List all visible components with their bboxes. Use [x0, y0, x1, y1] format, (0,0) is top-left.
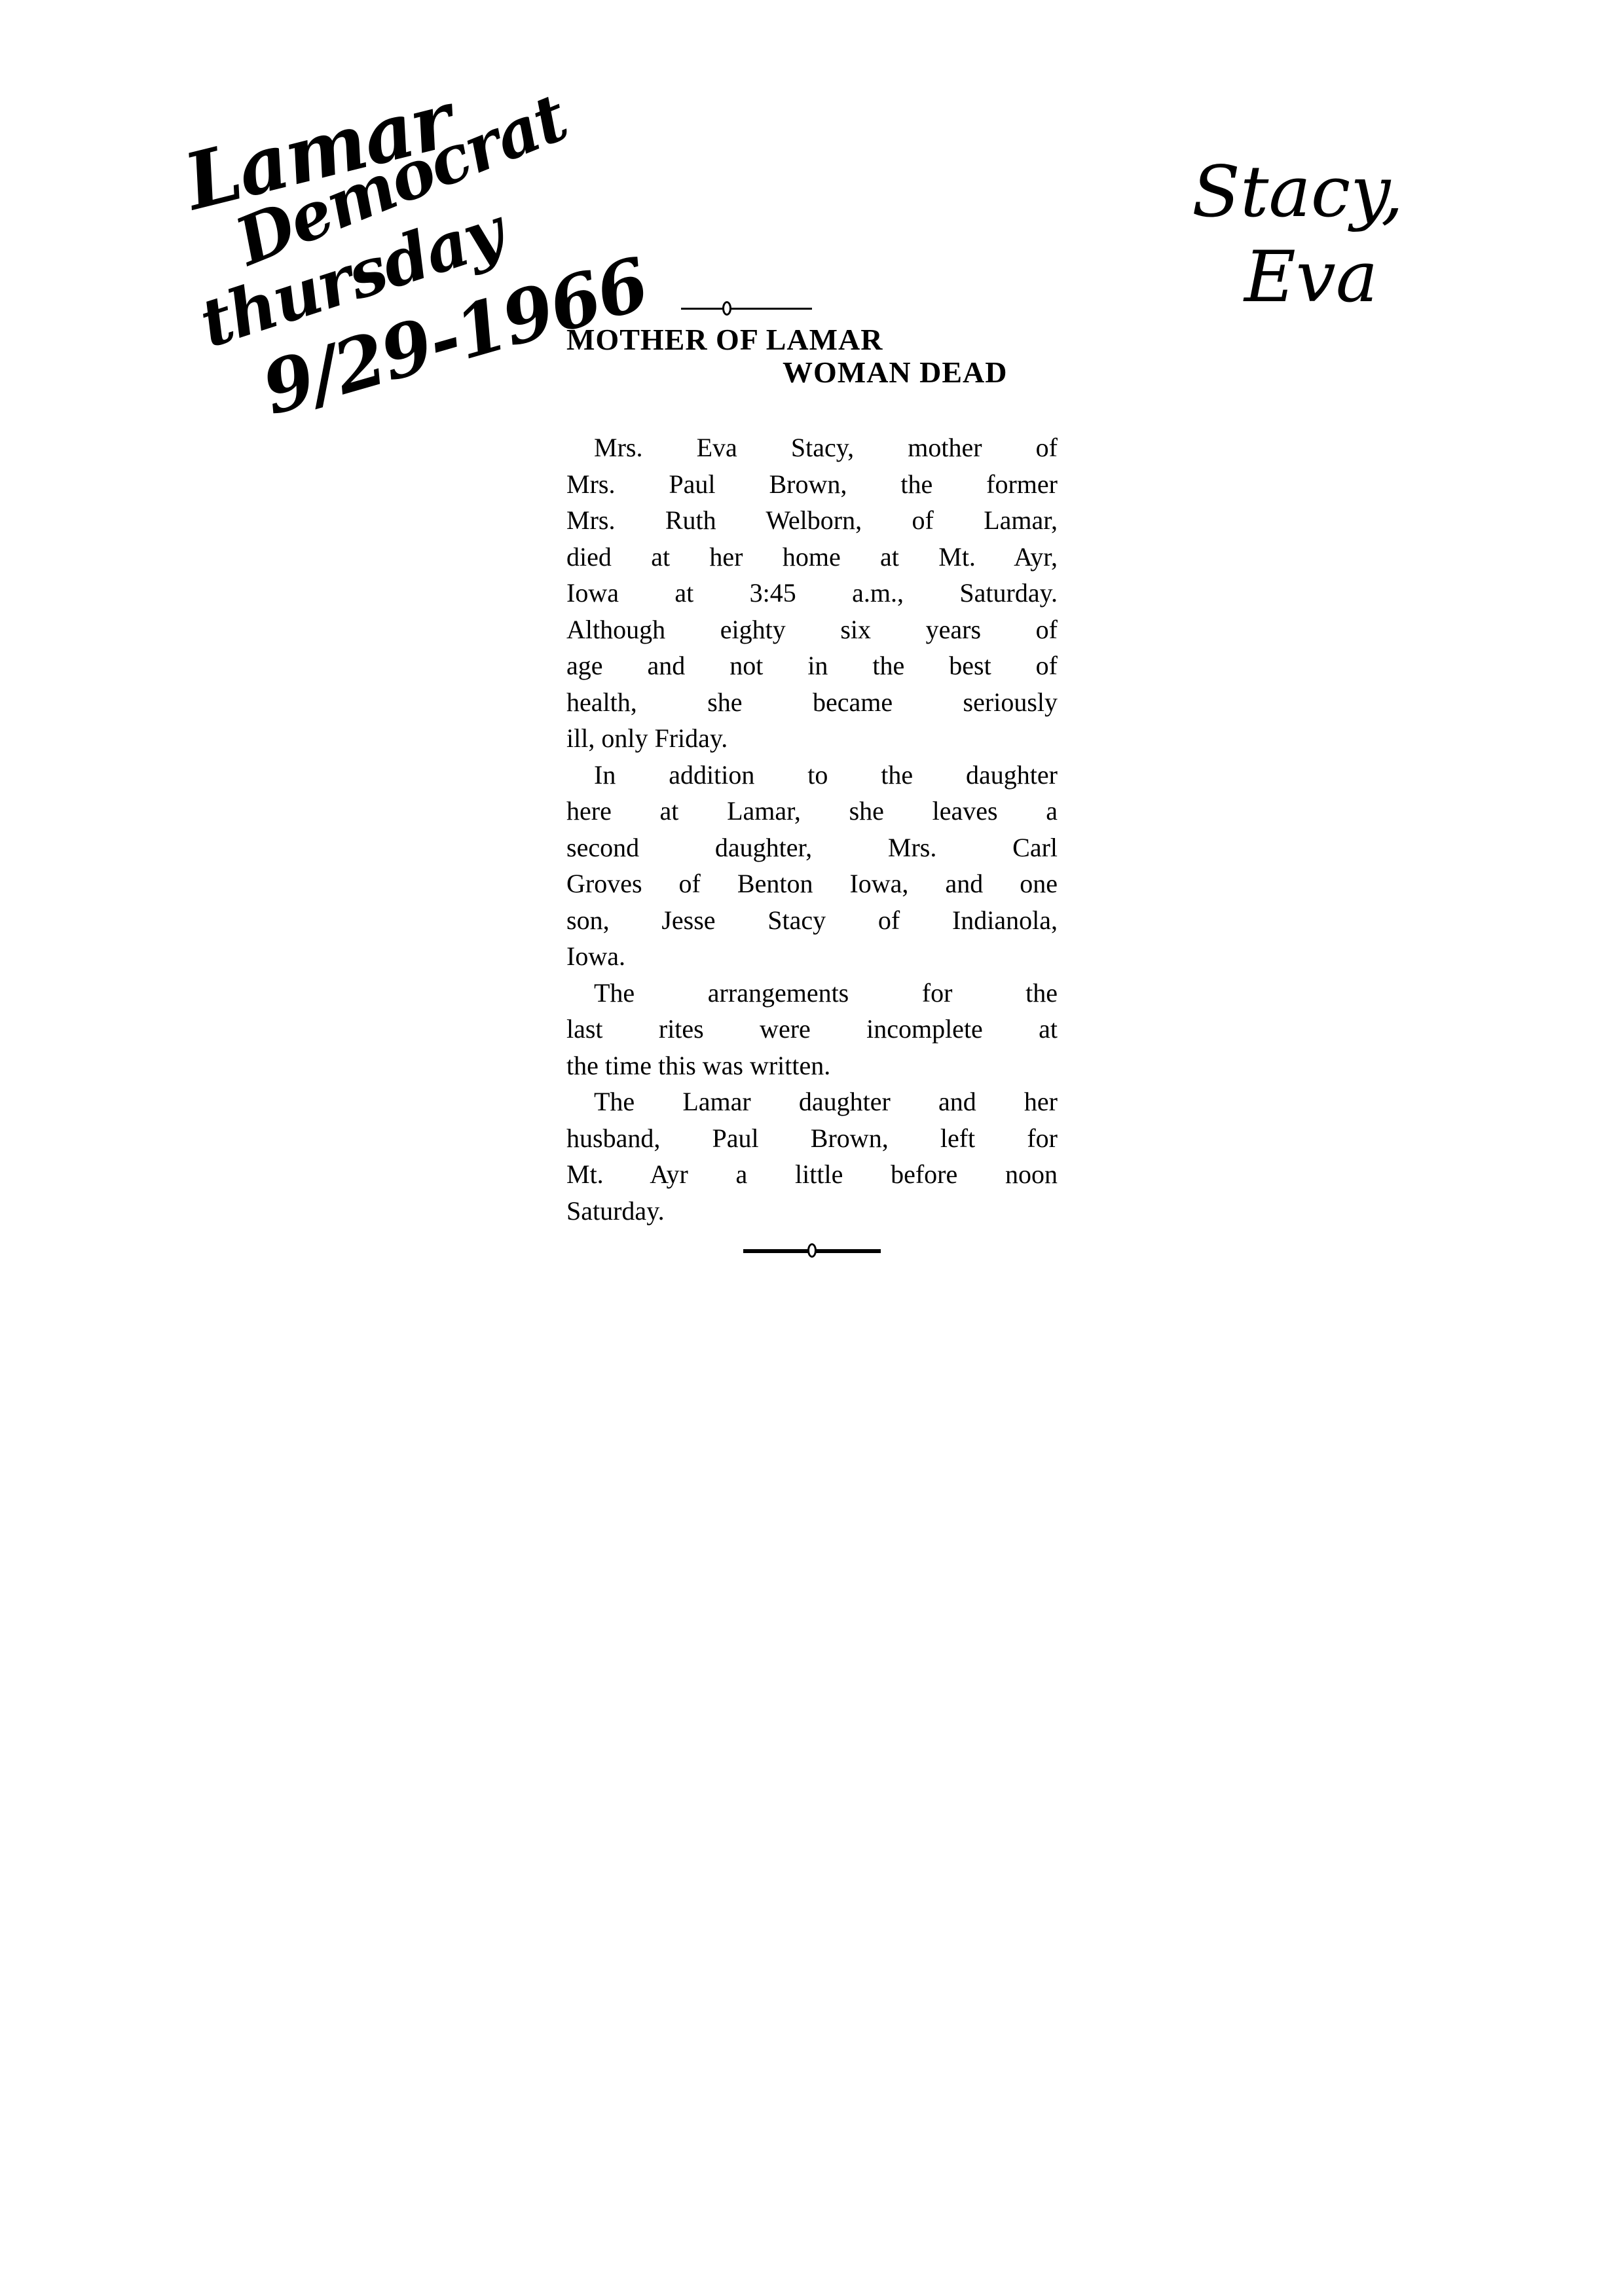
text-line: second daughter, Mrs. Carl: [566, 829, 1058, 866]
text-line: Mt. Ayr a little before noon: [566, 1156, 1058, 1193]
text-line: age and not in the best of: [566, 647, 1058, 684]
text-line: here at Lamar, she leaves a: [566, 793, 1058, 829]
text-line: Mrs. Ruth Welborn, of Lamar,: [566, 502, 1058, 539]
paragraph-4: The Lamar daughter and her husband, Paul…: [566, 1084, 1058, 1229]
bottom-ornamental-rule: [566, 1243, 1067, 1259]
text-line: last rites were incomplete at: [566, 1011, 1058, 1048]
text-line: the time this was written.: [566, 1048, 1058, 1084]
text-line: husband, Paul Brown, left for: [566, 1120, 1058, 1157]
rule-ring-icon: [807, 1243, 817, 1258]
text-line: Mrs. Eva Stacy, mother of: [566, 429, 1058, 466]
article-body: Mrs. Eva Stacy, mother of Mrs. Paul Brow…: [566, 429, 1058, 1229]
text-line: son, Jesse Stacy of Indianola,: [566, 902, 1058, 939]
text-line: Groves of Benton Iowa, and one: [566, 866, 1058, 902]
paragraph-2: In addition to the daughter here at Lama…: [566, 757, 1058, 975]
text-line: died at her home at Mt. Ayr,: [566, 539, 1058, 575]
top-ornamental-rule: [566, 301, 1067, 317]
handwritten-given-name: Eva: [1244, 242, 1378, 313]
paragraph-1: Mrs. Eva Stacy, mother of Mrs. Paul Brow…: [566, 429, 1058, 757]
text-line: Iowa.: [566, 938, 1058, 975]
text-line: health, she became seriously: [566, 684, 1058, 721]
handwritten-surname: Stacy,: [1192, 157, 1403, 228]
text-line: The Lamar daughter and her: [566, 1084, 1058, 1120]
text-line: In addition to the daughter: [566, 757, 1058, 793]
text-line: Saturday.: [566, 1193, 1058, 1230]
text-line: Although eighty six years of: [566, 611, 1058, 648]
text-line: Iowa at 3:45 a.m., Saturday.: [566, 575, 1058, 611]
text-line: ill, only Friday.: [566, 720, 1058, 757]
handwritten-source-note: Lamar Democrat thursday 9/29-1966: [190, 131, 530, 445]
headline-line-2: WOMAN DEAD: [566, 356, 1067, 389]
handwritten-name-note: Stacy, Eva: [1179, 151, 1441, 327]
text-line: Mrs. Paul Brown, the former: [566, 466, 1058, 503]
rule-ring-icon: [722, 301, 731, 316]
obituary-clipping: MOTHER OF LAMAR WOMAN DEAD Mrs. Eva Stac…: [566, 301, 1067, 1259]
paragraph-3: The arrangements for the last rites were…: [566, 975, 1058, 1084]
text-line: The arrangements for the: [566, 975, 1058, 1011]
rule-line: [681, 308, 812, 310]
headline-line-1: MOTHER OF LAMAR: [566, 323, 1067, 356]
